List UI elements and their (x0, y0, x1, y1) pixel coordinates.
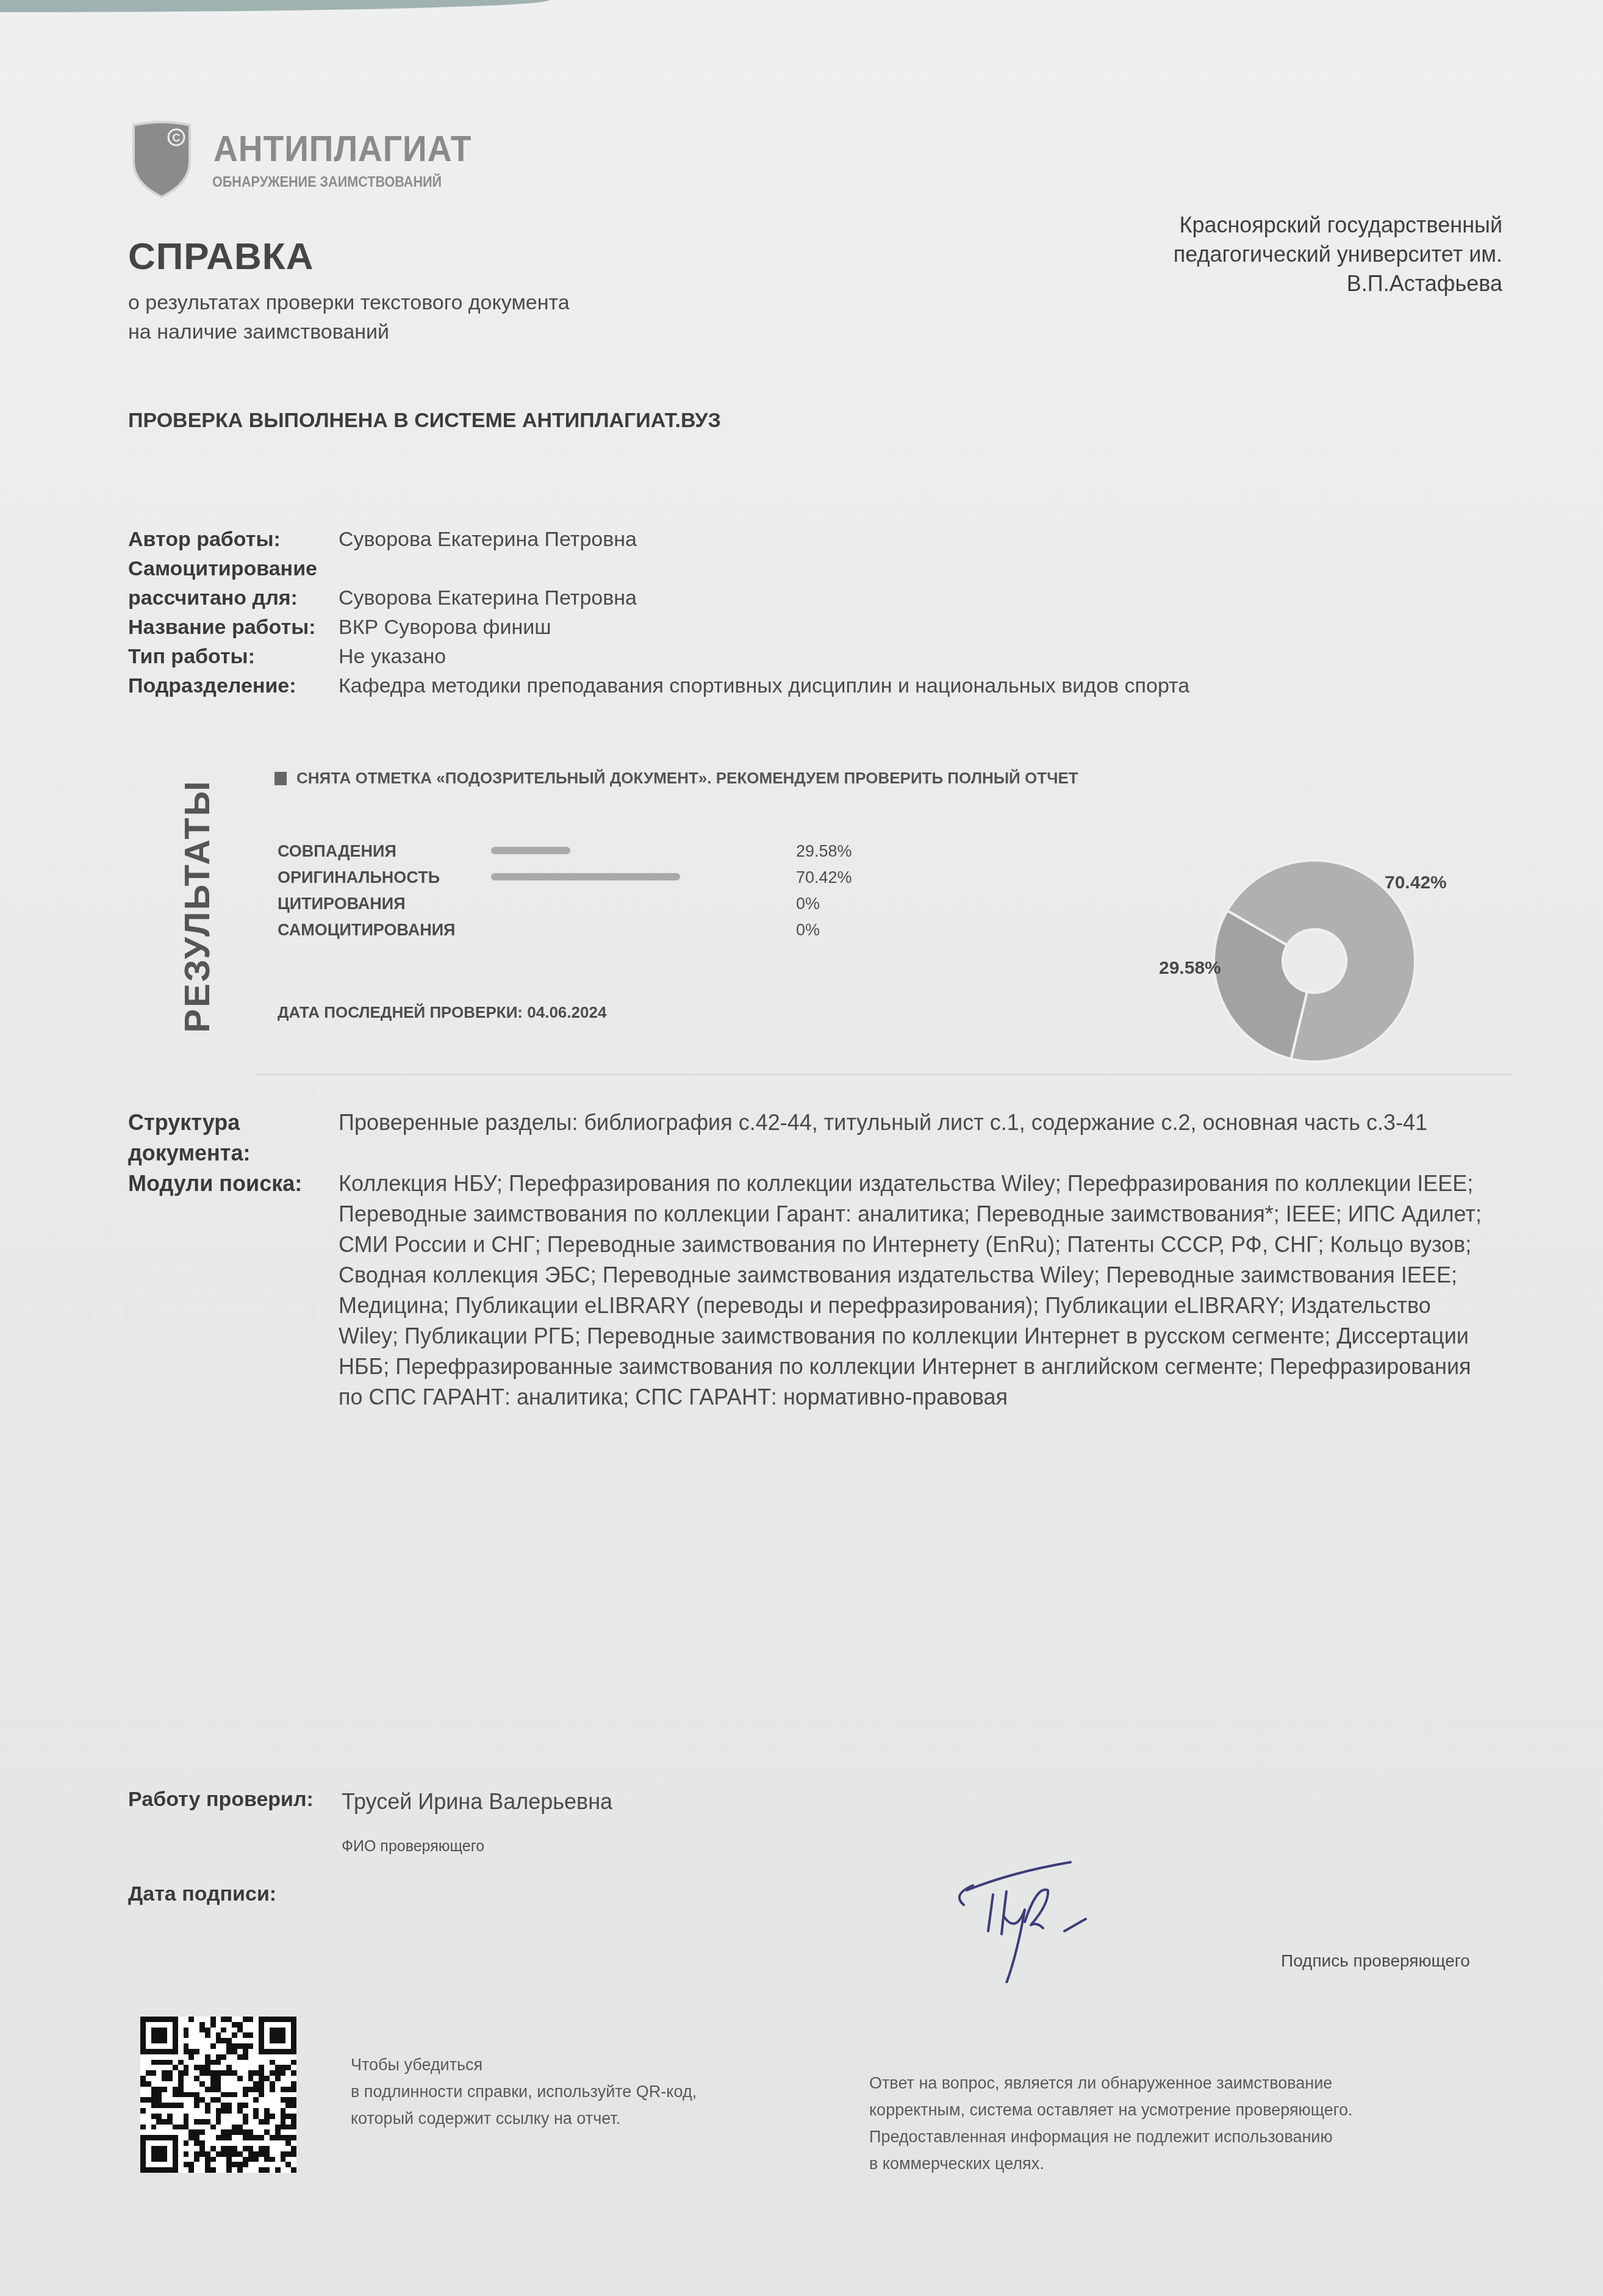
metric-bar (491, 847, 570, 854)
metric-value: 0% (796, 921, 820, 940)
org-line: педагогический университет им. (1174, 240, 1502, 269)
field-label: Подразделение: (128, 671, 339, 700)
field-label: рассчитано для: (128, 583, 339, 613)
field-value: Кафедра методики преподавания спортивных… (339, 671, 1189, 700)
signature-date-label: Дата подписи: (128, 1882, 276, 1906)
info-row-selfcite-for: рассчитано для: Суворова Екатерина Петро… (128, 583, 1501, 613)
suspicious-flag-notice: СНЯТА ОТМЕТКА «ПОДОЗРИТЕЛЬНЫЙ ДОКУМЕНТ».… (274, 769, 1078, 788)
field-value: ВКР Суворова финиш (339, 613, 551, 642)
checker-caption: ФИО проверяющего (342, 1838, 484, 1855)
org-line: Красноярский государственный (1174, 211, 1502, 240)
info-row-selfcite: Самоцитирование (128, 554, 1501, 583)
field-value: Проверенные разделы: библиография с.42-4… (339, 1107, 1485, 1168)
field-label: Структура документа: (128, 1107, 339, 1168)
subtitle-line: о результатах проверки текстового докуме… (128, 288, 570, 317)
metric-name: СОВПАДЕНИЯ (278, 842, 396, 861)
metric-name: ОРИГИНАЛЬНОСТЬ (278, 868, 440, 887)
info-row-department: Подразделение: Кафедра методики преподав… (128, 671, 1501, 700)
work-info: Автор работы: Суворова Екатерина Петровн… (128, 525, 1501, 700)
checker-name: Трусей Ирина Валерьевна (342, 1789, 612, 1815)
signature-caption: Подпись проверяющего (1281, 1951, 1470, 1971)
subtitle-line: на наличие заимствований (128, 317, 570, 347)
antiplagiat-logo: C АНТИПЛАГИАТ ОБНАРУЖЕНИЕ ЗАИМСТВОВАНИЙ (131, 119, 497, 211)
field-label: Самоцитирование (128, 554, 339, 583)
field-label: Тип работы: (128, 642, 339, 671)
document-structure: Структура документа: Проверенные разделы… (128, 1107, 1507, 1413)
disclaimer: Ответ на вопрос, является ли обнаруженно… (869, 2070, 1352, 2177)
metric-name: ЦИТИРОВАНИЯ (278, 894, 406, 913)
field-value: Не указано (339, 642, 446, 671)
checker-label: Работу проверил: (128, 1788, 314, 1812)
structure-row: Структура документа: Проверенные разделы… (128, 1107, 1507, 1168)
page-subtitle: о результатах проверки текстового докуме… (128, 288, 570, 347)
metric-name: САМОЦИТИРОВАНИЯ (278, 921, 455, 940)
field-label: Модули поиска: (128, 1168, 339, 1413)
info-row-type: Тип работы: Не указано (128, 642, 1501, 671)
handwritten-signature (939, 1843, 1244, 1983)
svg-text:C: C (173, 132, 181, 144)
search-modules-list: Коллекция НБУ; Перефразирования по колле… (339, 1168, 1485, 1413)
brand-tagline: ОБНАРУЖЕНИЕ ЗАИМСТВОВАНИЙ (212, 174, 442, 191)
metric-value: 70.42% (796, 868, 852, 887)
flag-square-icon (274, 772, 287, 785)
field-label: Автор работы: (128, 525, 339, 554)
metric-bar (491, 873, 680, 880)
metric-value: 0% (796, 894, 820, 913)
field-label: Название работы: (128, 613, 339, 642)
metric-value: 29.58% (796, 842, 852, 861)
copyright-shield-icon: C (131, 119, 192, 198)
results-panel: СНЯТА ОТМЕТКА «ПОДОЗРИТЕЛЬНЫЙ ДОКУМЕНТ».… (256, 757, 1513, 1075)
photo-edge-shadow (0, 0, 549, 12)
brand-name: АНТИПЛАГИАТ (213, 128, 472, 170)
flag-text: СНЯТА ОТМЕТКА «ПОДОЗРИТЕЛЬНЫЙ ДОКУМЕНТ».… (296, 769, 1078, 788)
page-title: СПРАВКА (128, 235, 314, 278)
qr-code-icon[interactable] (140, 2017, 296, 2173)
info-row-author: Автор работы: Суворова Екатерина Петровн… (128, 525, 1501, 554)
info-row-title: Название работы: ВКР Суворова финиш (128, 613, 1501, 642)
donut-label-original: 70.42% (1385, 873, 1447, 893)
results-section-label: РЕЗУЛЬТАТЫ (148, 775, 246, 1037)
organization-name: Красноярский государственный педагогичес… (1174, 211, 1502, 298)
donut-label-matches: 29.58% (1159, 958, 1221, 979)
org-line: В.П.Астафьева (1174, 269, 1502, 298)
qr-instructions: Чтобы убедиться в подлинности справки, и… (351, 2051, 697, 2132)
field-value: Суворова Екатерина Петровна (339, 525, 637, 554)
system-statement: ПРОВЕРКА ВЫПОЛНЕНА В СИСТЕМЕ АНТИПЛАГИАТ… (128, 409, 721, 433)
last-check-date: ДАТА ПОСЛЕДНЕЙ ПРОВЕРКИ: 04.06.2024 (278, 1003, 606, 1022)
field-value: Суворова Екатерина Петровна (339, 583, 637, 613)
modules-row: Модули поиска: Коллекция НБУ; Перефразир… (128, 1168, 1507, 1413)
